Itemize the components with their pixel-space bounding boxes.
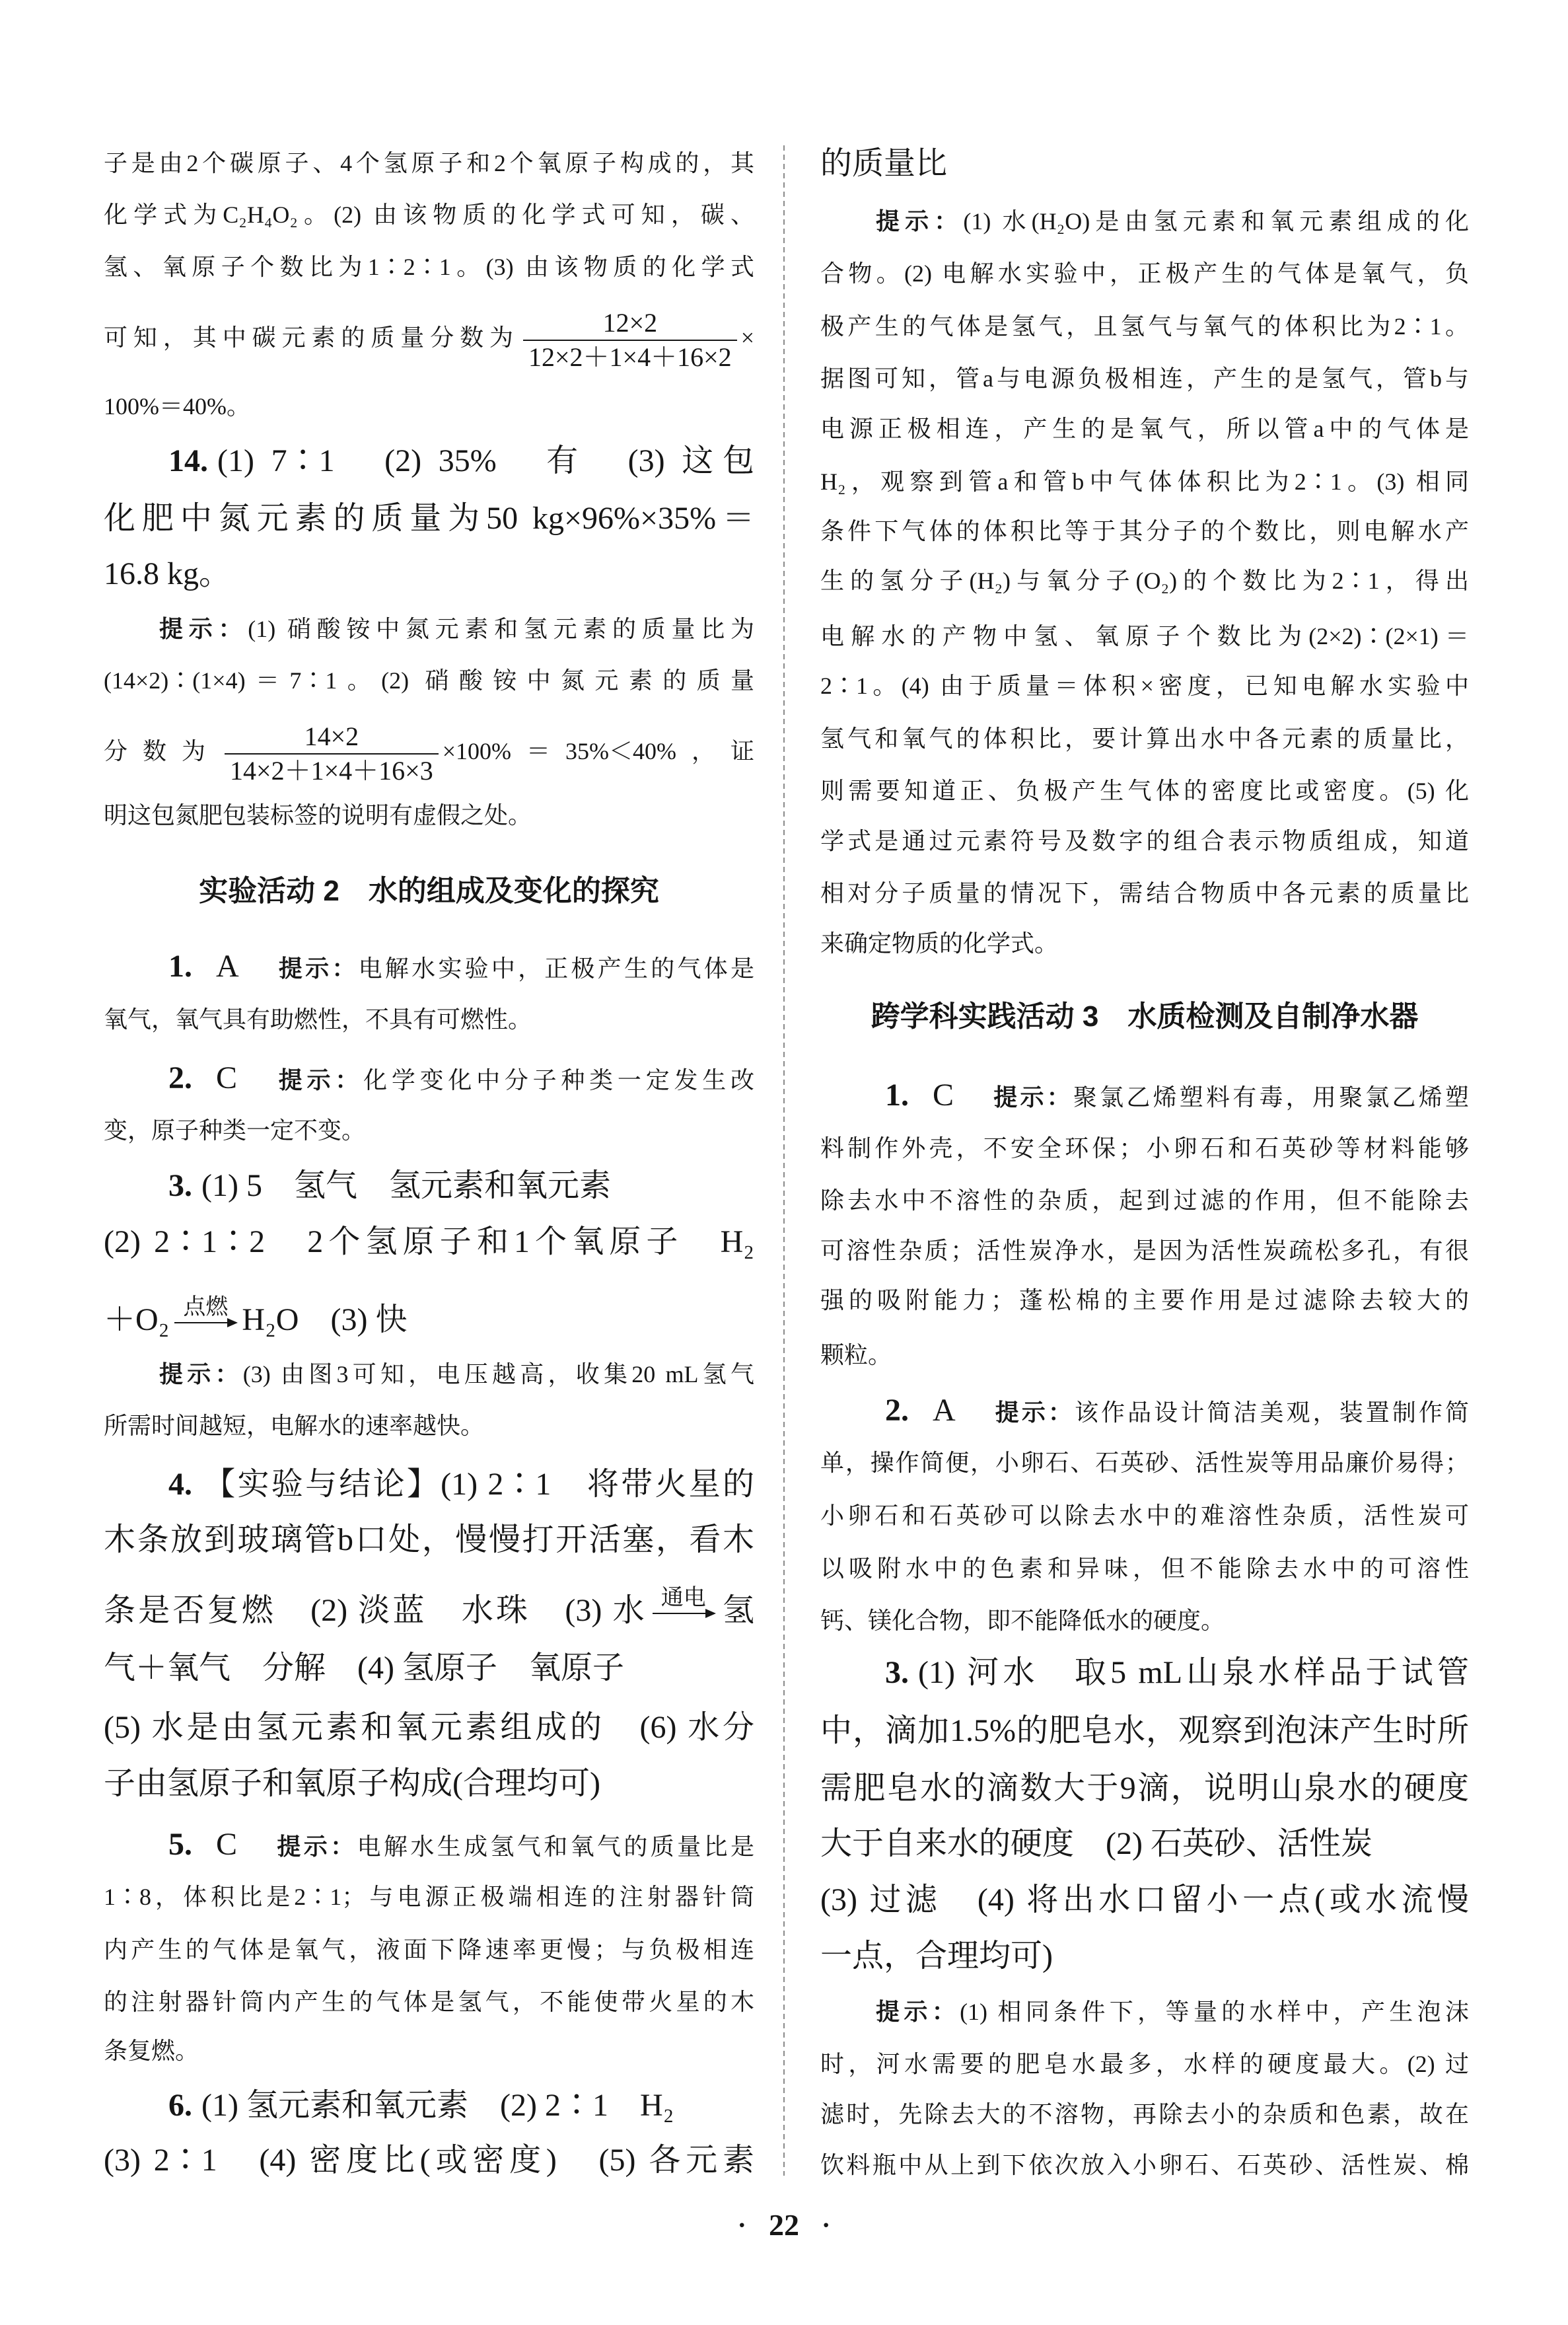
hint-line: 料制作外壳，不安全环保；小卵石和石英砂等材料能够 xyxy=(820,1128,1469,1168)
question-line: 1.A提示：电解水实验中，正极产生的气体是 xyxy=(104,947,754,986)
formula-suffix: ×100%＝35%＜40%，证 xyxy=(443,738,754,764)
hint-line: 提示：(1) 硝酸铵中氮元素和氢元素的质量比为 xyxy=(104,609,754,649)
hint-line: 提示：(1) 水(H₂O)是由氢元素和氧元素组成的化 xyxy=(820,202,1469,241)
fraction: 12×212×2＋1×4＋16×2 xyxy=(523,307,737,374)
hint-line: 颗粒。 xyxy=(820,1335,1469,1375)
question-number: 3. xyxy=(168,1168,192,1203)
answer-line: 4.【实验与结论】(1) 2∶1 将带火星的 xyxy=(104,1462,754,1507)
question-line: 2.A提示：该作品设计简洁美观，装置制作简 xyxy=(820,1391,1469,1430)
equation-left: 条是否复燃 (2) 淡蓝 水珠 (3) 水 xyxy=(104,1593,647,1628)
hint-label: 提示： xyxy=(274,1066,363,1093)
hint-label: 提示： xyxy=(159,615,248,642)
hint-line: 强的吸附能力；蓬松棉的主要作用是过滤除去较大的 xyxy=(820,1280,1469,1320)
question-number: 2. xyxy=(885,1393,909,1428)
answer-line: 6.(1) 氢元素和氧元素 (2) 2∶1 H₂ xyxy=(104,2083,754,2128)
question-number: 4. xyxy=(168,1467,192,1502)
section-heading: 跨学科实践活动 3 水质检测及自制净水器 xyxy=(820,997,1469,1037)
hint-line: 饮料瓶中从上到下依次放入小卵石、石英砂、活性炭、棉 xyxy=(820,2145,1469,2185)
hint-label: 提示： xyxy=(991,1084,1073,1111)
answer-line: (2) 2∶1∶2 2个氢原子和1个氧原子 H₂ xyxy=(104,1220,754,1265)
hint-text: 电解水实验中，正极产生的气体是 xyxy=(359,955,754,982)
question-number: 6. xyxy=(168,2088,192,2123)
equation-left: ＋O₂ xyxy=(104,1302,169,1337)
answer-line: 子由氢原子和氧原子构成(合理均可) xyxy=(104,1761,754,1806)
hint-text: (1) 水(H₂O)是由氢元素和氧元素组成的化 xyxy=(963,208,1469,235)
hint-line: 氢气和氧气的体积比，要计算出水中各元素的质量比， xyxy=(820,719,1469,758)
answer-line: (3) 过滤 (4) 将出水口留小一点(或水流慢 xyxy=(820,1878,1469,1923)
hint-line: 单，操作简便，小卵石、石英砂、活性炭等用品廉价易得； xyxy=(820,1443,1469,1483)
hint-label: 提示： xyxy=(876,1998,960,2025)
equation-right: H₂O (3) 快 xyxy=(242,1302,407,1337)
answer-line: 大于自来水的硬度 (2) 石英砂、活性炭 xyxy=(820,1822,1469,1866)
hint-line: 电解水的产物中氢、氧原子个数比为(2×2)∶(2×1)＝ xyxy=(820,616,1469,656)
page-number-value: 22 xyxy=(769,2207,799,2242)
left-column: 子是由2个碳原子、4个氢原子和2个氧原子构成的，其 化学式为C₂H₄O₂。(2)… xyxy=(104,0,754,2325)
answer-text: (1) 氢元素和氧元素 (2) 2∶1 H₂ xyxy=(201,2088,674,2123)
question-line: 5.C提示：电解水生成氢气和氧气的质量比是 xyxy=(104,1825,754,1864)
hint-line: 提示：(3) 由图3可知，电压越高，收集20 mL氢气 xyxy=(104,1354,754,1394)
hint-line: 内产生的气体是氧气，液面下降速率更慢；与负极相连 xyxy=(104,1930,754,1970)
answer-line: (5) 水是由氢元素和氧元素组成的 (6) 水分 xyxy=(104,1705,754,1750)
question-line: 1.C提示：聚氯乙烯塑料有毒，用聚氯乙烯塑 xyxy=(820,1076,1469,1115)
formula-line: 可知，其中碳元素的质量分数为12×212×2＋1×4＋16×2× xyxy=(104,301,754,374)
hint-text: (1) 相同条件下，等量的水样中，产生泡沫 xyxy=(960,1999,1469,2025)
question-number: 3. xyxy=(885,1655,909,1690)
hint-text: (1) 硝酸铵中氮元素和氢元素的质量比为 xyxy=(248,616,754,642)
hint-line: 极产生的气体是氢气，且氢气与氧气的体积比为2∶1。 xyxy=(820,307,1469,346)
equation-line: 条是否复燃 (2) 淡蓝 水珠 (3) 水通电氢 xyxy=(104,1588,754,1633)
question-number: 2. xyxy=(168,1060,192,1095)
formula-prefix: 可知，其中碳元素的质量分数为 xyxy=(104,324,519,351)
formula-prefix: 分数为 xyxy=(104,738,221,764)
formula-suffix: × xyxy=(741,324,754,351)
answer-text: (1) 7∶1 (2) 35% 有 (3) 这包 xyxy=(217,443,754,478)
hint-line: 据图可知，管a与电源负极相连，产生的是氢气，管b与 xyxy=(820,359,1469,398)
page-number: · 22 · xyxy=(685,2205,883,2244)
hint-line: 相对分子质量的情况下，需结合物质中各元素的质量比 xyxy=(820,873,1469,913)
answer-line: 气＋氧气 分解 (4) 氢原子 氧原子 xyxy=(104,1646,754,1691)
question-number: 14. xyxy=(168,443,208,478)
hint-line: 提示：(1) 相同条件下，等量的水样中，产生泡沫 xyxy=(820,1992,1469,2032)
hint-line: 条件下气体的体积比等于其分子的个数比，则电解水产 xyxy=(820,511,1469,551)
hint-line: 小卵石和石英砂可以除去水中的难溶性杂质，活性炭可 xyxy=(820,1496,1469,1535)
hint-line: 2∶1。(4) 由于质量＝体积×密度，已知电解水实验中 xyxy=(820,666,1469,706)
answer-choice: A xyxy=(216,949,239,984)
hint-line: 变，原子种类一定不变。 xyxy=(104,1111,754,1150)
hint-line: 氢、氧原子个数比为1∶2∶1。(3) 由该物质的化学式 xyxy=(104,247,754,287)
formula-line: 分数为14×214×2＋1×4＋16×3×100%＝35%＜40%，证 xyxy=(104,715,754,788)
hint-line: 滤时，先除去大的不溶物，再除去小的杂质和色素，故在 xyxy=(820,2094,1469,2134)
hint-line: 以吸附水中的色素和异味，但不能除去水中的可溶性 xyxy=(820,1549,1469,1588)
hint-line: (14×2)∶(1×4)＝7∶1。(2) 硝酸铵中氮元素的质量 xyxy=(104,661,754,700)
section-heading: 实验活动 2 水的组成及变化的探究 xyxy=(104,871,754,911)
answer-line: 一点，合理均可) xyxy=(820,1934,1469,1979)
hint-text: 电解水生成氢气和氧气的质量比是 xyxy=(357,1833,754,1860)
hint-line: 明这包氮肥包装标签的说明有虚假之处。 xyxy=(104,795,754,835)
reaction-condition: 通电 xyxy=(661,1586,706,1610)
answer-line: 3.(1) 河水 取5 mL山泉水样品于试管 xyxy=(820,1650,1469,1695)
right-column: 的质量比 提示：(1) 水(H₂O)是由氢元素和氧元素组成的化 合物。(2) 电… xyxy=(820,0,1469,2325)
answer-text: (1) 5 氢气 氢元素和氧元素 xyxy=(201,1168,611,1203)
hint-label: 提示： xyxy=(993,1399,1075,1426)
answer-line: 需肥皂水的滴数大于9滴，说明山泉水的硬度 xyxy=(820,1766,1469,1811)
question-line: 2.C提示：化学变化中分子种类一定发生改 xyxy=(104,1058,754,1098)
hint-text: 化学变化中分子种类一定发生改 xyxy=(363,1067,754,1093)
page-number-dot-right: · xyxy=(822,2209,830,2240)
hint-line: 可溶性杂质；活性炭净水，是因为活性炭疏松多孔，有很 xyxy=(820,1231,1469,1271)
fraction-denominator: 14×2＋1×4＋16×3 xyxy=(225,755,439,788)
answer-text: (1) 河水 取5 mL山泉水样品于试管 xyxy=(918,1655,1469,1690)
answer-line: 中，滴加1.5%的肥皂水，观察到泡沫产生时所 xyxy=(820,1709,1469,1753)
reaction-arrow-icon: 通电 xyxy=(653,1613,715,1614)
hint-line: 生的氢分子(H₂)与氧分子(O₂)的个数比为2∶1，得出 xyxy=(820,561,1469,601)
hint-text: 该作品设计简洁美观，装置制作简 xyxy=(1075,1399,1469,1426)
hint-line: 时，河水需要的肥皂水最多，水样的硬度最大。(2) 过 xyxy=(820,2044,1469,2084)
fraction-denominator: 12×2＋1×4＋16×2 xyxy=(523,341,737,374)
answer-choice: A xyxy=(933,1393,956,1428)
answer-line: 16.8 kg。 xyxy=(104,552,754,597)
reaction-arrow-icon: 点燃 xyxy=(174,1322,236,1323)
answer-text: 【实验与结论】(1) 2∶1 将带火星的 xyxy=(201,1467,754,1502)
hint-line: 条复燃。 xyxy=(104,2031,754,2071)
fraction-numerator: 12×2 xyxy=(523,307,737,341)
hint-line: H₂，观察到管a和管b中气体体积比为2∶1。(3) 相同 xyxy=(820,462,1469,501)
question-number: 5. xyxy=(168,1827,192,1862)
hint-label: 提示： xyxy=(276,955,359,982)
question-number: 1. xyxy=(885,1078,909,1113)
answer-choice: C xyxy=(216,1827,237,1862)
hint-line: 的注射器针筒内产生的气体是氢气，不能使带火星的木 xyxy=(104,1982,754,2022)
hint-line: 合物。(2) 电解水实验中，正极产生的气体是氧气，负 xyxy=(820,254,1469,293)
answer-line: 14.(1) 7∶1 (2) 35% 有 (3) 这包 xyxy=(104,439,754,484)
hint-line: 钙、镁化合物，即不能降低水的硬度。 xyxy=(820,1601,1469,1641)
question-number: 1. xyxy=(168,949,192,984)
fraction: 14×214×2＋1×4＋16×3 xyxy=(225,720,439,788)
hint-line: 子是由2个碳原子、4个氢原子和2个氧原子构成的，其 xyxy=(104,143,754,183)
equation-line: ＋O₂点燃H₂O (3) 快 xyxy=(104,1298,754,1343)
fraction-numerator: 14×2 xyxy=(225,720,439,755)
page-number-dot-left: · xyxy=(738,2209,746,2240)
hint-label: 提示： xyxy=(159,1360,243,1387)
hint-line: 100%＝40%。 xyxy=(104,387,754,426)
answer-line: 化肥中氮元素的质量为50 kg×96%×35%＝ xyxy=(104,496,754,541)
answer-line: 3.(1) 5 氢气 氢元素和氧元素 xyxy=(104,1163,754,1208)
hint-line: 化学式为C₂H₄O₂。(2) 由该物质的化学式可知，碳、 xyxy=(104,195,754,235)
hint-line: 学式是通过元素符号及数字的组合表示物质组成，知道 xyxy=(820,821,1469,861)
answer-line: 木条放到玻璃管b口处，慢慢打开活塞，看木 xyxy=(104,1518,754,1563)
hint-line: 则需要知道正、负极产生气体的密度比或密度。(5) 化 xyxy=(820,771,1469,811)
hint-line: 氧气，氧气具有助燃性，不具有可燃性。 xyxy=(104,1000,754,1039)
hint-line: 来确定物质的化学式。 xyxy=(820,924,1469,963)
answer-choice: C xyxy=(933,1078,954,1113)
reaction-condition: 点燃 xyxy=(183,1296,228,1319)
hint-line: 电源正极相连，产生的是氧气，所以管a中的气体是 xyxy=(820,409,1469,449)
equation-right: 氢 xyxy=(720,1593,754,1628)
hint-label: 提示： xyxy=(274,1833,357,1860)
answer-choice: C xyxy=(216,1060,237,1095)
answer-line: (3) 2∶1 (4) 密度比(或密度) (5) 各元素 xyxy=(104,2138,754,2183)
hint-line: 所需时间越短，电解水的速率越快。 xyxy=(104,1406,754,1446)
column-divider xyxy=(783,145,785,2176)
hint-label: 提示： xyxy=(876,207,963,235)
answer-line: 的质量比 xyxy=(820,141,1469,186)
hint-text: 聚氯乙烯塑料有毒，用聚氯乙烯塑 xyxy=(1073,1084,1469,1111)
hint-text: (3) 由图3可知，电压越高，收集20 mL氢气 xyxy=(243,1361,754,1387)
hint-line: 除去水中不溶性的杂质，起到过滤的作用，但不能除去 xyxy=(820,1181,1469,1220)
hint-line: 1∶8，体积比是2∶1；与电源正极端相连的注射器针筒 xyxy=(104,1877,754,1917)
